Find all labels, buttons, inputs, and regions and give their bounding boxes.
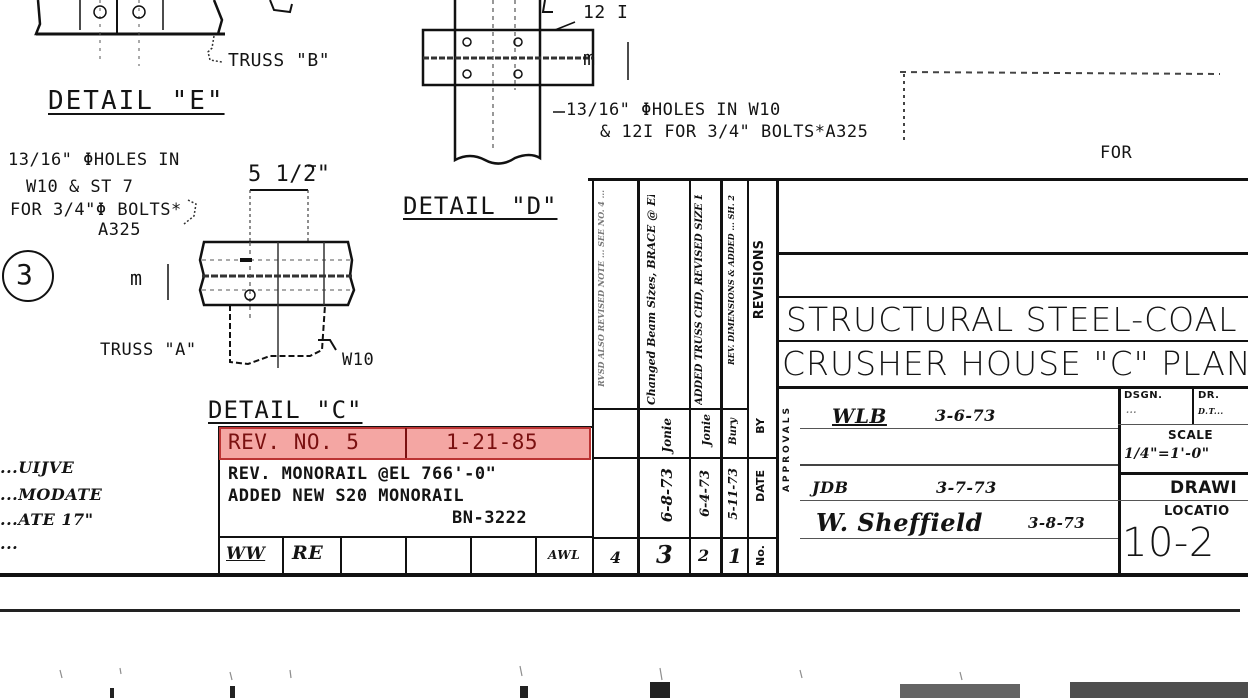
rev3-by: Jonie [660, 418, 674, 453]
title-line2: CRUSHER HOUSE "C" PLAN [782, 344, 1248, 383]
rev3-desc: Changed Beam Sizes, BRACE @ EL 743-0 [645, 195, 658, 405]
rev2-date: 6-4-73 [698, 470, 713, 517]
approval-3-date: 3-7-73 [936, 478, 997, 497]
detail-d-note-line2: & 12I FOR 3/4" BOLTS*A325 [600, 122, 868, 142]
dsgn-value: ... [1126, 406, 1137, 416]
sheet-border-bottom [0, 573, 1248, 577]
col-no-header: No. [754, 545, 767, 566]
revision-number: REV. NO. 5 [228, 430, 359, 454]
detail-d-note-line1: 13/16" ΦHOLES IN W10 [566, 100, 781, 120]
scan-noise [0, 650, 1248, 700]
location-label: LOCATIO [1164, 504, 1230, 519]
rev2-no: 2 [698, 546, 710, 565]
detail-c-dim-label: m [130, 266, 143, 290]
detail-c-title: DETAIL "C" [208, 396, 363, 424]
detail-d-drawing [415, 0, 615, 170]
approval-4-sign: W. Sheffield [816, 508, 983, 537]
rev1-date: 5-11-73 [726, 468, 740, 520]
rev1-no: 1 [728, 544, 742, 568]
left-note-line3: ...ATE 17" [0, 510, 94, 529]
title-divider-1 [778, 252, 1248, 255]
detail-c-note-line2: W10 & ST 7 [26, 177, 133, 197]
left-note-line1: ...UIJVE [0, 458, 74, 477]
title-block-top-border [588, 178, 1248, 181]
rev3-no: 3 [656, 540, 673, 569]
highlight-divider [405, 428, 407, 458]
rev3-date: 6-8-73 [658, 468, 676, 522]
initials-2: RE [292, 542, 323, 564]
sheet-outer-border [0, 609, 1240, 612]
drawing-number: 10-2 [1122, 520, 1215, 566]
approval-1-date: 3-6-73 [935, 406, 996, 425]
scale-value: 1/4"=1'-0" [1124, 446, 1210, 462]
approval-1-sign: WLB [832, 404, 887, 428]
for-label: FOR [1100, 143, 1132, 163]
truss-a-label: TRUSS "A" [100, 340, 197, 360]
initials-7: AWL [548, 548, 580, 562]
revisions-header: REVISIONS [752, 240, 767, 319]
left-note-line4: ... [0, 534, 18, 553]
dsgn-label: DSGN. [1124, 390, 1162, 401]
rev1-desc: REV. DIMENSIONS & ADDED ... SH. 2 [726, 195, 736, 365]
detail-c-drawing [190, 180, 430, 380]
left-note-line2: ...MODATE [0, 485, 102, 504]
detail-d-member-label: 12 I [583, 2, 628, 23]
callout-number: 3 [16, 258, 33, 291]
detail-c-note-line4: A325 [98, 220, 141, 240]
approval-4-date: 3-8-73 [1028, 514, 1085, 532]
dr-value: D.T... [1198, 406, 1224, 416]
dotted-bracket [890, 60, 1248, 140]
detail-d-dim-label: m [583, 46, 596, 70]
col-by-header: BY [754, 418, 767, 434]
detail-c-member-label: W10 [342, 350, 374, 370]
dr-label: DR. [1198, 390, 1220, 401]
scale-label: SCALE [1168, 428, 1213, 442]
drawing-label: DRAWI [1170, 478, 1237, 498]
title-line1: STRUCTURAL STEEL-COAL [786, 300, 1238, 339]
revision-line3: BN-3222 [452, 508, 527, 528]
rev2-by: Jonie [700, 414, 713, 446]
truss-b-label: TRUSS "B" [228, 50, 330, 71]
approvals-label: APPROVALS [782, 405, 792, 492]
revision-line2: ADDED NEW S20 MONORAIL [228, 486, 464, 506]
revision-line1: REV. MONORAIL @EL 766'-0" [228, 464, 496, 484]
col-date-header: DATE [754, 470, 767, 502]
rev4-desc: RVSD ALSO REVISED NOTE ... SEE NO. 4 ... [596, 190, 606, 387]
rev2-desc: ADDED TRUSS CHD, REVISED SIZE BRACE [694, 195, 705, 405]
detail-c-note-line1: 13/16" ΦHOLES IN [8, 150, 180, 170]
rev1-by: Bury [728, 418, 739, 445]
initials-1: WW [226, 544, 265, 564]
approval-3-sign: JDB [812, 478, 848, 497]
title-divider-2 [778, 296, 1248, 298]
revision-date: 1-21-85 [446, 430, 538, 454]
rev4-no: 4 [610, 548, 622, 567]
detail-c-note-line3: FOR 3/4"Φ BOLTS* [10, 200, 182, 220]
detail-e-title: DETAIL "E" [48, 86, 225, 116]
